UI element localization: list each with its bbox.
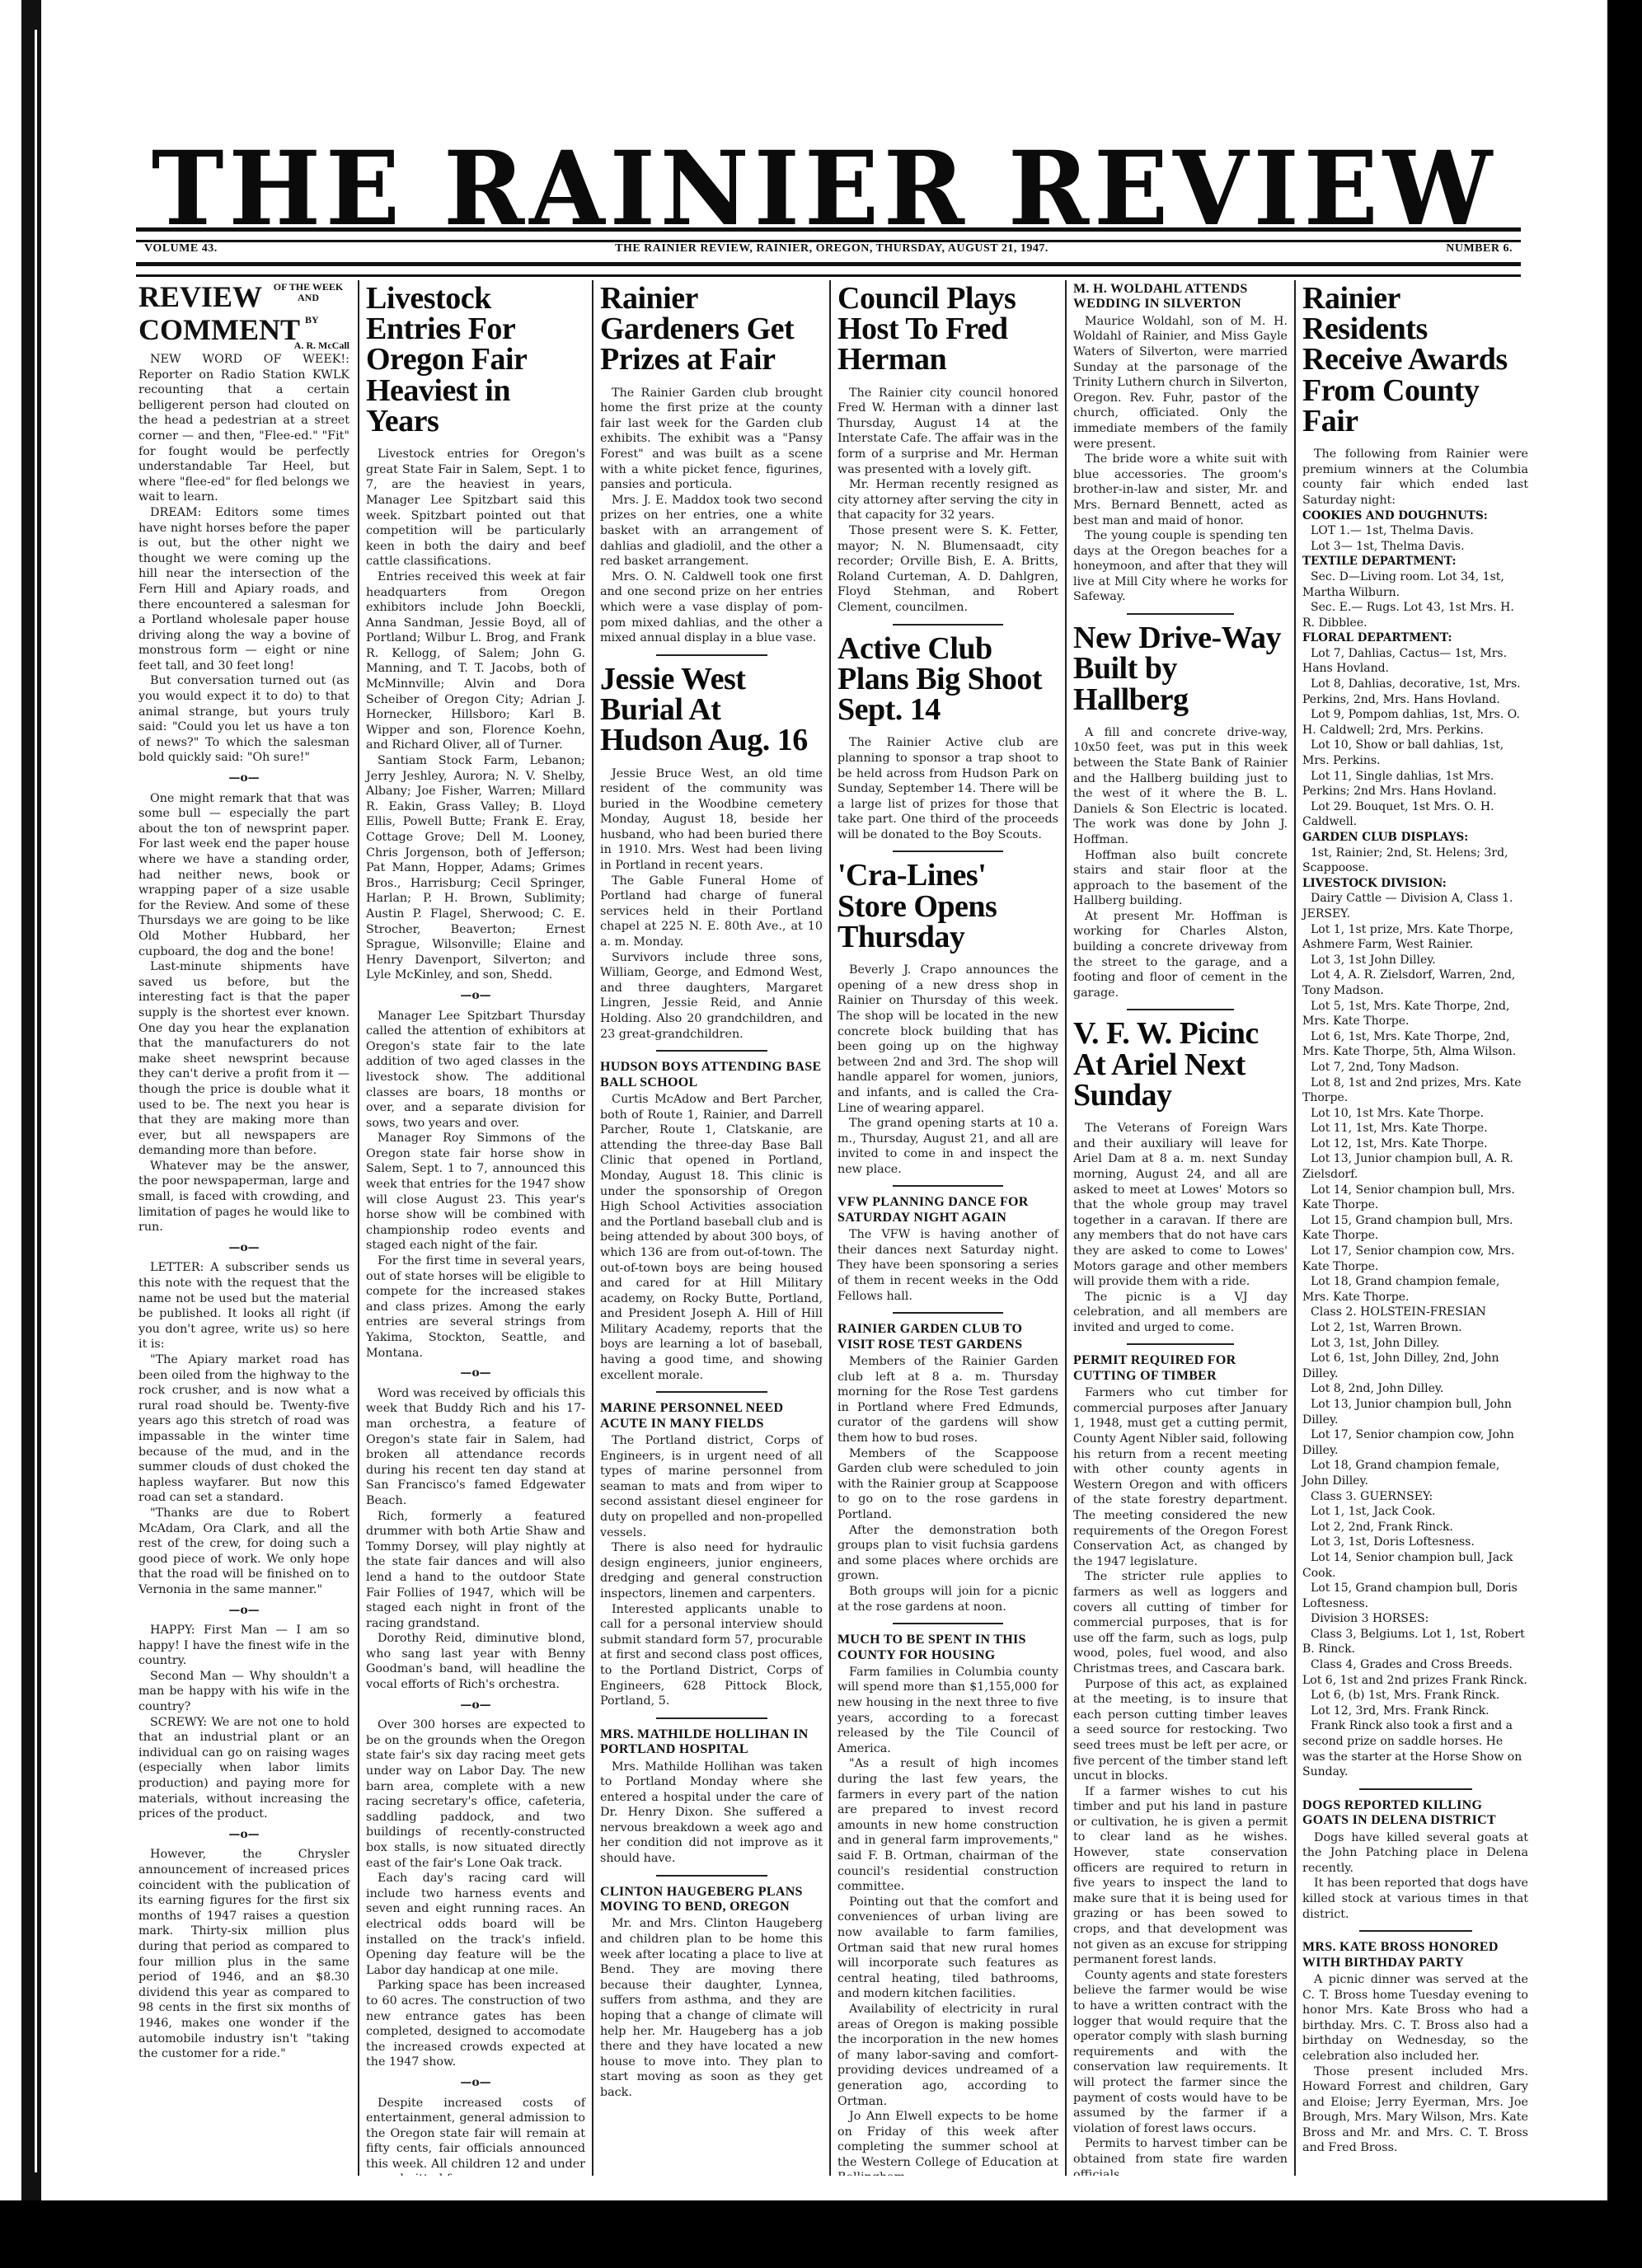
paragraph: The Rainier city council honored Fred W.… xyxy=(837,386,1058,478)
award-category: LIVESTOCK DIVISION: xyxy=(1302,876,1528,892)
headline-active-club: Active Club Plans Big Shoot Sept. 14 xyxy=(837,634,1058,726)
award-entry: Lot 8, 2nd, John Dilley. xyxy=(1302,1381,1528,1397)
headline-gardeners: Rainier Gardeners Get Prizes at Fair xyxy=(600,283,823,376)
separator-rule xyxy=(893,1185,1003,1187)
headline-cra-lines: 'Cra-Lines' Store Opens Thursday xyxy=(837,860,1058,953)
award-entry: Class 3, Belgiums. Lot 1, 1st, Robert B.… xyxy=(1302,1627,1528,1657)
paragraph: One might remark that that was some bull… xyxy=(138,791,350,960)
headline-livestock: Livestock Entries For Oregon Fair Heavie… xyxy=(366,283,585,437)
award-entry: Lot 11, 1st, Mrs. Kate Thorpe. xyxy=(1302,1121,1528,1136)
award-entry: Lot 3, 1st, Doris Loftesness. xyxy=(1302,1535,1528,1550)
paragraph: There is also need for hydraulic design … xyxy=(600,1540,823,1601)
paragraph: A picnic dinner was served at the C. T. … xyxy=(1302,1972,1528,2064)
scan-border-right xyxy=(1607,0,1642,2268)
paragraph: It has been reported that dogs have kill… xyxy=(1302,1876,1528,1922)
article-body: Curtis McAdow and Bert Parcher, both of … xyxy=(600,1092,823,1383)
paragraph: "The Apiary market road has been oiled f… xyxy=(138,1352,350,1506)
award-entry: Lot 18, Grand champion female, Mrs. Kate… xyxy=(1302,1274,1528,1305)
article-body: The Veterans of Foreign Wars and their a… xyxy=(1073,1121,1288,1335)
award-entry: Lot 10, 1st Mrs. Kate Thorpe. xyxy=(1302,1106,1528,1122)
headline-housing: MUCH TO BE SPENT IN THIS COUNTY FOR HOUS… xyxy=(837,1633,1058,1663)
paragraph: The bride wore a white suit with blue ac… xyxy=(1073,452,1288,528)
award-entry: Lot 3, 1st John Dilley. xyxy=(1302,953,1528,968)
award-entry: Lot 29. Bouquet, 1st Mrs. O. H. Caldwell… xyxy=(1302,799,1528,830)
paragraph: A fill and concrete drive-way, 10x50 fee… xyxy=(1073,725,1288,848)
paragraph: Dorothy Reid, diminutive blond, who sang… xyxy=(366,1631,585,1692)
paragraph: The Portland district, Corps of Engineer… xyxy=(600,1433,823,1540)
headline-drive-way: New Drive-Way Built by Hallberg xyxy=(1073,623,1288,715)
paragraph: After the demonstration both groups plan… xyxy=(837,1523,1058,1584)
award-category: FLORAL DEPARTMENT: xyxy=(1302,630,1528,646)
article-body: Members of the Rainier Garden club left … xyxy=(837,1354,1058,1614)
paragraph: Rich, formerly a featured drummer with b… xyxy=(366,1509,585,1632)
award-entry: Lot 13, Junior champion bull, John Dille… xyxy=(1302,1397,1528,1427)
separator-rule xyxy=(1359,1788,1472,1790)
headline-haugeberg: CLINTON HAUGEBERG PLANS MOVING TO BEND, … xyxy=(600,1885,823,1915)
headline-vfw-dance: VFW PLANNING DANCE FOR SATURDAY NIGHT AG… xyxy=(837,1195,1058,1225)
paragraph: At present Mr. Hoffman is working for Ch… xyxy=(1073,909,1288,1001)
separator-rule xyxy=(656,1050,767,1052)
separator-rule xyxy=(1359,1930,1472,1932)
paragraph: County agents and state foresters believ… xyxy=(1073,1968,1288,2137)
paragraph: However, the Chrysler announcement of in… xyxy=(138,1847,350,2061)
awards-list: COOKIES AND DOUGHNUTS:LOT 1.— 1st, Thelm… xyxy=(1302,508,1528,1780)
separator-rule xyxy=(893,1312,1003,1314)
award-entry: Lot 17, Senior champion cow, Mrs. Kate T… xyxy=(1302,1244,1528,1274)
comment-word: COMMENT xyxy=(138,315,300,344)
article-body: Mr. and Mrs. Clinton Haugeberg and child… xyxy=(600,1916,823,2100)
award-entry: Lot 2, 2nd, Frank Rinck. xyxy=(1302,1520,1528,1535)
paragraph: The Veterans of Foreign Wars and their a… xyxy=(1073,1121,1288,1290)
paragraph: Those present were S. K. Fetter, mayor; … xyxy=(837,523,1058,616)
paragraph: LETTER: A subscriber sends us this note … xyxy=(138,1260,350,1352)
binding-edge xyxy=(21,0,41,2200)
paragraph: Curtis McAdow and Bert Parcher, both of … xyxy=(600,1092,823,1383)
article-body: Jessie Bruce West, an old time resident … xyxy=(600,766,823,1043)
separator-rule xyxy=(656,1875,767,1877)
article-body: Dogs have killed several goats at the Jo… xyxy=(1302,1830,1528,1923)
award-entry: Lot 15, Grand champion bull, Doris Lofte… xyxy=(1302,1581,1528,1611)
paragraph: Members of the Scappoose Garden club wer… xyxy=(837,1446,1058,1523)
section-divider: —o— xyxy=(366,988,585,1004)
award-entry: Lot 11, Single dahlias, 1st Mrs. Perkins… xyxy=(1302,769,1528,799)
section-divider: —o— xyxy=(366,1366,585,1381)
article-body: The Rainier Active club are planning to … xyxy=(837,735,1058,842)
section-divider: —o— xyxy=(138,1827,350,1843)
headline-hollihan: MRS. MATHILDE HOLLIHAN IN PORTLAND HOSPI… xyxy=(600,1727,823,1758)
masthead: THE RAINIER REVIEW xyxy=(115,140,1533,237)
award-category: TEXTILE DEPARTMENT: xyxy=(1302,554,1528,569)
paragraph: Manager Lee Spitzbart Thursday called th… xyxy=(366,1009,585,1132)
paragraph: HAPPY: First Man — I am so happy! I have… xyxy=(138,1623,350,1669)
award-entry: Lot 14, Senior champion bull, Mrs. Kate … xyxy=(1302,1183,1528,1213)
article-body: The Rainier Garden club brought home the… xyxy=(600,386,823,646)
paragraph: Mr. Herman recently resigned as city att… xyxy=(837,477,1058,523)
award-category: GARDEN CLUB DISPLAYS: xyxy=(1302,830,1528,846)
award-entry: Lot 9, Pompom dahlias, 1st, Mrs. O. H. C… xyxy=(1302,707,1528,738)
headline-garden-club-visit: RAINIER GARDEN CLUB TO VISIT ROSE TEST G… xyxy=(837,1322,1058,1352)
intro-paragraph: The following from Rainier were premium … xyxy=(1302,447,1528,508)
headline-bross-birthday: MRS. KATE BROSS HONORED WITH BIRTHDAY PA… xyxy=(1302,1940,1528,1970)
award-entry: 1st, Rainier; 2nd, St. Helens; 3rd, Scap… xyxy=(1302,846,1528,876)
paragraph: Despite increased costs of entertainment… xyxy=(366,2096,585,2176)
award-entry: Class 2. HOLSTEIN-FRESIAN xyxy=(1302,1305,1528,1320)
review-subword: OF THE WEEK AND xyxy=(267,282,350,302)
article-body: The Rainier city council honored Fred W.… xyxy=(837,386,1058,616)
newspaper-page: THE RAINIER REVIEW VOLUME 43. THE RAINIE… xyxy=(0,0,1607,2200)
paragraph: Purpose of this act, as explained at the… xyxy=(1073,1677,1288,1784)
paragraph: The stricter rule applies to farmers as … xyxy=(1073,1569,1288,1676)
paragraph: "Thanks are due to Robert McAdam, Ora Cl… xyxy=(138,1506,350,1598)
headline-marine-personnel: MARINE PERSONNEL NEED ACUTE IN MANY FIEL… xyxy=(600,1401,823,1432)
paragraph: NEW WORD OF WEEK!: Reporter on Radio Sta… xyxy=(138,352,350,505)
paragraph: Mrs. J. E. Maddox took two second prizes… xyxy=(600,493,823,569)
headline-vfw-picnic: V. F. W. Picinc At Ariel Next Sunday xyxy=(1073,1019,1288,1111)
award-entry: Lot 2, 1st, Warren Brown. xyxy=(1302,1320,1528,1336)
headline-timber-permit: PERMIT REQUIRED FOR CUTTING OF TIMBER xyxy=(1073,1353,1288,1384)
newspaper-title: THE RAINIER REVIEW xyxy=(115,138,1533,240)
paragraph: If a farmer wishes to cut his timber and… xyxy=(1073,1784,1288,1968)
award-entry: Lot 1, 1st, Jack Cook. xyxy=(1302,1504,1528,1520)
headline-awards: Rainier Residents Receive Awards From Co… xyxy=(1302,283,1528,437)
award-entry: Lot 5, 1st, Mrs. Kate Thorpe, 2nd, Mrs. … xyxy=(1302,999,1528,1029)
paragraph: "As a result of high incomes during the … xyxy=(837,1756,1058,1894)
award-entry: Lot 12, 3rd, Mrs. Frank Rinck. xyxy=(1302,1703,1528,1719)
issue-number: NUMBER 6. xyxy=(1446,242,1513,255)
award-entry: Division 3 HORSES: xyxy=(1302,1611,1528,1627)
article-body: Livestock entries for Oregon's great Sta… xyxy=(366,447,585,2176)
paragraph: Word was received by officials this week… xyxy=(366,1386,585,1509)
paragraph: The Gable Funeral Home of Portland had c… xyxy=(600,874,823,950)
paragraph: Maurice Woldahl, son of M. H. Woldahl of… xyxy=(1073,314,1288,452)
paragraph: Parking space has been increased to 60 a… xyxy=(366,1978,585,2070)
volume-label: VOLUME 43. xyxy=(144,242,218,255)
article-body: The Portland district, Corps of Engineer… xyxy=(600,1433,823,1709)
separator-rule xyxy=(1127,1343,1234,1345)
review-word: REVIEW xyxy=(138,282,262,312)
section-divider: —o— xyxy=(138,771,350,786)
award-entry: Lot 8, Dahlias, decorative, 1st, Mrs. Pe… xyxy=(1302,677,1528,707)
award-entry: Dairy Cattle — Division A, Class 1. JERS… xyxy=(1302,891,1528,921)
paragraph: The grand opening starts at 10 a. m., Th… xyxy=(837,1116,1058,1177)
paragraph: Farm families in Columbia county will sp… xyxy=(837,1665,1058,1757)
award-entry: Lot 1, 1st prize, Mrs. Kate Thorpe, Ashm… xyxy=(1302,922,1528,953)
award-entry: Lot 17, Senior champion cow, John Dilley… xyxy=(1302,1427,1528,1458)
paragraph: Beverly J. Crapo announces the opening o… xyxy=(837,963,1058,1116)
award-entry: Frank Rinck also took a first and a seco… xyxy=(1302,1718,1528,1779)
award-entry: Lot 18, Grand champion female, John Dill… xyxy=(1302,1458,1528,1488)
award-entry: Sec. E.— Rugs. Lot 43, 1st Mrs. H. R. Di… xyxy=(1302,600,1528,630)
paragraph: But conversation turned out (as you woul… xyxy=(138,673,350,766)
scan-border-bottom xyxy=(0,2200,1642,2268)
column-woldahl: M. H. WOLDAHL ATTENDS WEDDING IN SILVERT… xyxy=(1065,280,1294,2176)
separator-rule xyxy=(656,654,767,656)
paragraph: Members of the Rainier Garden club left … xyxy=(837,1354,1058,1446)
article-intro: The following from Rainier were premium … xyxy=(1302,447,1528,508)
paragraph: Jessie Bruce West, an old time resident … xyxy=(600,766,823,874)
separator-rule xyxy=(1127,613,1234,615)
paragraph: Mrs. O. N. Caldwell took one first and o… xyxy=(600,569,823,646)
paragraph: Jo Ann Elwell expects to be home on Frid… xyxy=(837,2109,1058,2176)
section-divider: —o— xyxy=(366,2075,585,2091)
paragraph: The Rainier Garden club brought home the… xyxy=(600,386,823,493)
paragraph: Whatever may be the answer, the poor new… xyxy=(138,1159,350,1235)
award-entry: Lot 7, 2nd, Tony Madson. xyxy=(1302,1060,1528,1075)
headline-hudson-boys: HUDSON BOYS ATTENDING BASE BALL SCHOOL xyxy=(600,1060,823,1090)
paragraph: Santiam Stock Farm, Lebanon; Jerry Jeshl… xyxy=(366,753,585,983)
masthead-rule-top xyxy=(136,227,1521,242)
paragraph: Manager Roy Simmons of the Oregon state … xyxy=(366,1131,585,1253)
headline-dogs-goats: DOGS REPORTED KILLING GOATS IN DELENA DI… xyxy=(1302,1798,1528,1829)
award-entry: Lot 7, Dahlias, Cactus— 1st, Mrs. Hans H… xyxy=(1302,646,1528,677)
paragraph: Pointing out that the comfort and conven… xyxy=(837,1895,1058,2002)
by-word: BY xyxy=(305,315,319,326)
separator-rule xyxy=(656,1391,767,1393)
section-divider: —o— xyxy=(138,1240,350,1256)
award-entry: Class 4, Grades and Cross Breeds. Lot 6,… xyxy=(1302,1657,1528,1688)
column-livestock: Livestock Entries For Oregon Fair Heavie… xyxy=(358,280,592,2176)
headline-west-burial: Jessie West Burial At Hudson Aug. 16 xyxy=(600,664,823,757)
article-body: A fill and concrete drive-way, 10x50 fee… xyxy=(1073,725,1288,1001)
award-entry: Sec. D—Living room. Lot 34, 1st, Martha … xyxy=(1302,569,1528,600)
paragraph: Dogs have killed several goats at the Jo… xyxy=(1302,1830,1528,1877)
award-entry: Lot 6, (b) 1st, Mrs. Frank Rinck. xyxy=(1302,1688,1528,1703)
paragraph: Farmers who cut timber for commercial pu… xyxy=(1073,1385,1288,1569)
award-entry: Lot 3— 1st, Thelma Davis. xyxy=(1302,539,1528,555)
article-body: Maurice Woldahl, son of M. H. Woldahl of… xyxy=(1073,314,1288,605)
column-gardeners: Rainier Gardeners Get Prizes at Fair The… xyxy=(592,280,829,2176)
article-body: A picnic dinner was served at the C. T. … xyxy=(1302,1972,1528,2156)
paragraph: The VFW is having another of their dance… xyxy=(837,1227,1058,1304)
award-entry: Lot 3, 1st, John Dilley. xyxy=(1302,1336,1528,1352)
paragraph: Last-minute shipments have saved us befo… xyxy=(138,959,350,1159)
paragraph: The picnic is a VJ day celebration, and … xyxy=(1073,1290,1288,1336)
masthead-rule-bottom xyxy=(136,262,1521,277)
folio-line: VOLUME 43. THE RAINIER REVIEW, RAINIER, … xyxy=(144,242,1513,255)
separator-rule xyxy=(1127,1009,1234,1010)
headline-council: Council Plays Host To Fred Herman xyxy=(837,283,1058,376)
paragraph: Survivors include three sons, William, G… xyxy=(600,950,823,1043)
column-review-comment: REVIEW OF THE WEEK AND COMMENT BY A. R. … xyxy=(132,280,356,2176)
separator-rule xyxy=(656,1717,767,1719)
headline-woldahl: M. H. WOLDAHL ATTENDS WEDDING IN SILVERT… xyxy=(1073,282,1288,312)
paragraph: DREAM: Editors some times have night hor… xyxy=(138,505,350,674)
section-divider: —o— xyxy=(138,1603,350,1619)
section-divider: —o— xyxy=(366,1698,585,1713)
paragraph: Second Man — Why shouldn't a man be happ… xyxy=(138,1669,350,1715)
paragraph: Those present included Mrs. Howard Forre… xyxy=(1302,2064,1528,2157)
award-entry: Lot 13, Junior champion bull, A. R. Ziel… xyxy=(1302,1151,1528,1182)
award-entry: Lot 12, 1st, Mrs. Kate Thorpe. xyxy=(1302,1136,1528,1152)
paragraph: Permits to harvest timber can be obtaine… xyxy=(1073,2136,1288,2176)
paragraph: Livestock entries for Oregon's great Sta… xyxy=(366,447,585,569)
award-entry: Lot 14, Senior champion bull, Jack Cook. xyxy=(1302,1550,1528,1581)
paragraph: The Rainier Active club are planning to … xyxy=(837,735,1058,842)
separator-rule xyxy=(893,850,1003,852)
article-body: Farm families in Columbia county will sp… xyxy=(837,1665,1058,2176)
award-entry: Lot 6, 1st, Mrs. Kate Thorpe, 2nd, Mrs. … xyxy=(1302,1029,1528,1060)
separator-rule xyxy=(893,1623,1003,1624)
column-county-fair-awards: Rainier Residents Receive Awards From Co… xyxy=(1294,280,1535,2176)
award-entry: Lot 15, Grand champion bull, Mrs. Kate T… xyxy=(1302,1213,1528,1244)
dateline: THE RAINIER REVIEW, RAINIER, OREGON, THU… xyxy=(615,242,1049,255)
paragraph: The young couple is spending ten days at… xyxy=(1073,528,1288,605)
paragraph: Both groups will join for a picnic at th… xyxy=(837,1584,1058,1614)
paragraph: Mrs. Mathilde Hollihan was taken to Port… xyxy=(600,1760,823,1867)
award-category: COOKIES AND DOUGHNUTS: xyxy=(1302,508,1528,524)
award-entry: Lot 10, Show or ball dahlias, 1st, Mrs. … xyxy=(1302,738,1528,768)
article-body: Beverly J. Crapo announces the opening o… xyxy=(837,963,1058,1177)
separator-rule xyxy=(893,624,1003,626)
article-body: Mrs. Mathilde Hollihan was taken to Port… xyxy=(600,1760,823,1867)
paragraph: Availability of electricity in rural are… xyxy=(837,2002,1058,2109)
award-entry: Lot 4, A. R. Zielsdorf, Warren, 2nd, Ton… xyxy=(1302,968,1528,998)
article-body: Farmers who cut timber for commercial pu… xyxy=(1073,1385,1288,2176)
paragraph: For the first time in several years, out… xyxy=(366,1253,585,1361)
article-columns: REVIEW OF THE WEEK AND COMMENT BY A. R. … xyxy=(132,280,1533,2176)
paragraph: Mr. and Mrs. Clinton Haugeberg and child… xyxy=(600,1916,823,2100)
award-entry: LOT 1.— 1st, Thelma Davis. xyxy=(1302,523,1528,539)
review-headline: REVIEW OF THE WEEK AND xyxy=(138,282,350,312)
paragraph: SCREWY: We are not one to hold that an i… xyxy=(138,1715,350,1822)
column-council: Council Plays Host To Fred Herman The Ra… xyxy=(829,280,1065,2176)
paragraph: Hoffman also built concrete stairs and s… xyxy=(1073,848,1288,909)
award-entry: Lot 8, 1st and 2nd prizes, Mrs. Kate Tho… xyxy=(1302,1075,1528,1106)
award-entry: Class 3. GUERNSEY: xyxy=(1302,1489,1528,1505)
article-body: NEW WORD OF WEEK!: Reporter on Radio Sta… xyxy=(138,352,350,2062)
paragraph: Each day's racing card will include two … xyxy=(366,1871,585,1978)
paragraph: Over 300 horses are expected to be on th… xyxy=(366,1717,585,1871)
award-entry: Lot 6, 1st, John Dilley, 2nd, John Dille… xyxy=(1302,1351,1528,1381)
paragraph: Entries received this week at fair headq… xyxy=(366,569,585,753)
paragraph: Interested applicants unable to call for… xyxy=(600,1602,823,1709)
article-body: The VFW is having another of their dance… xyxy=(837,1227,1058,1304)
